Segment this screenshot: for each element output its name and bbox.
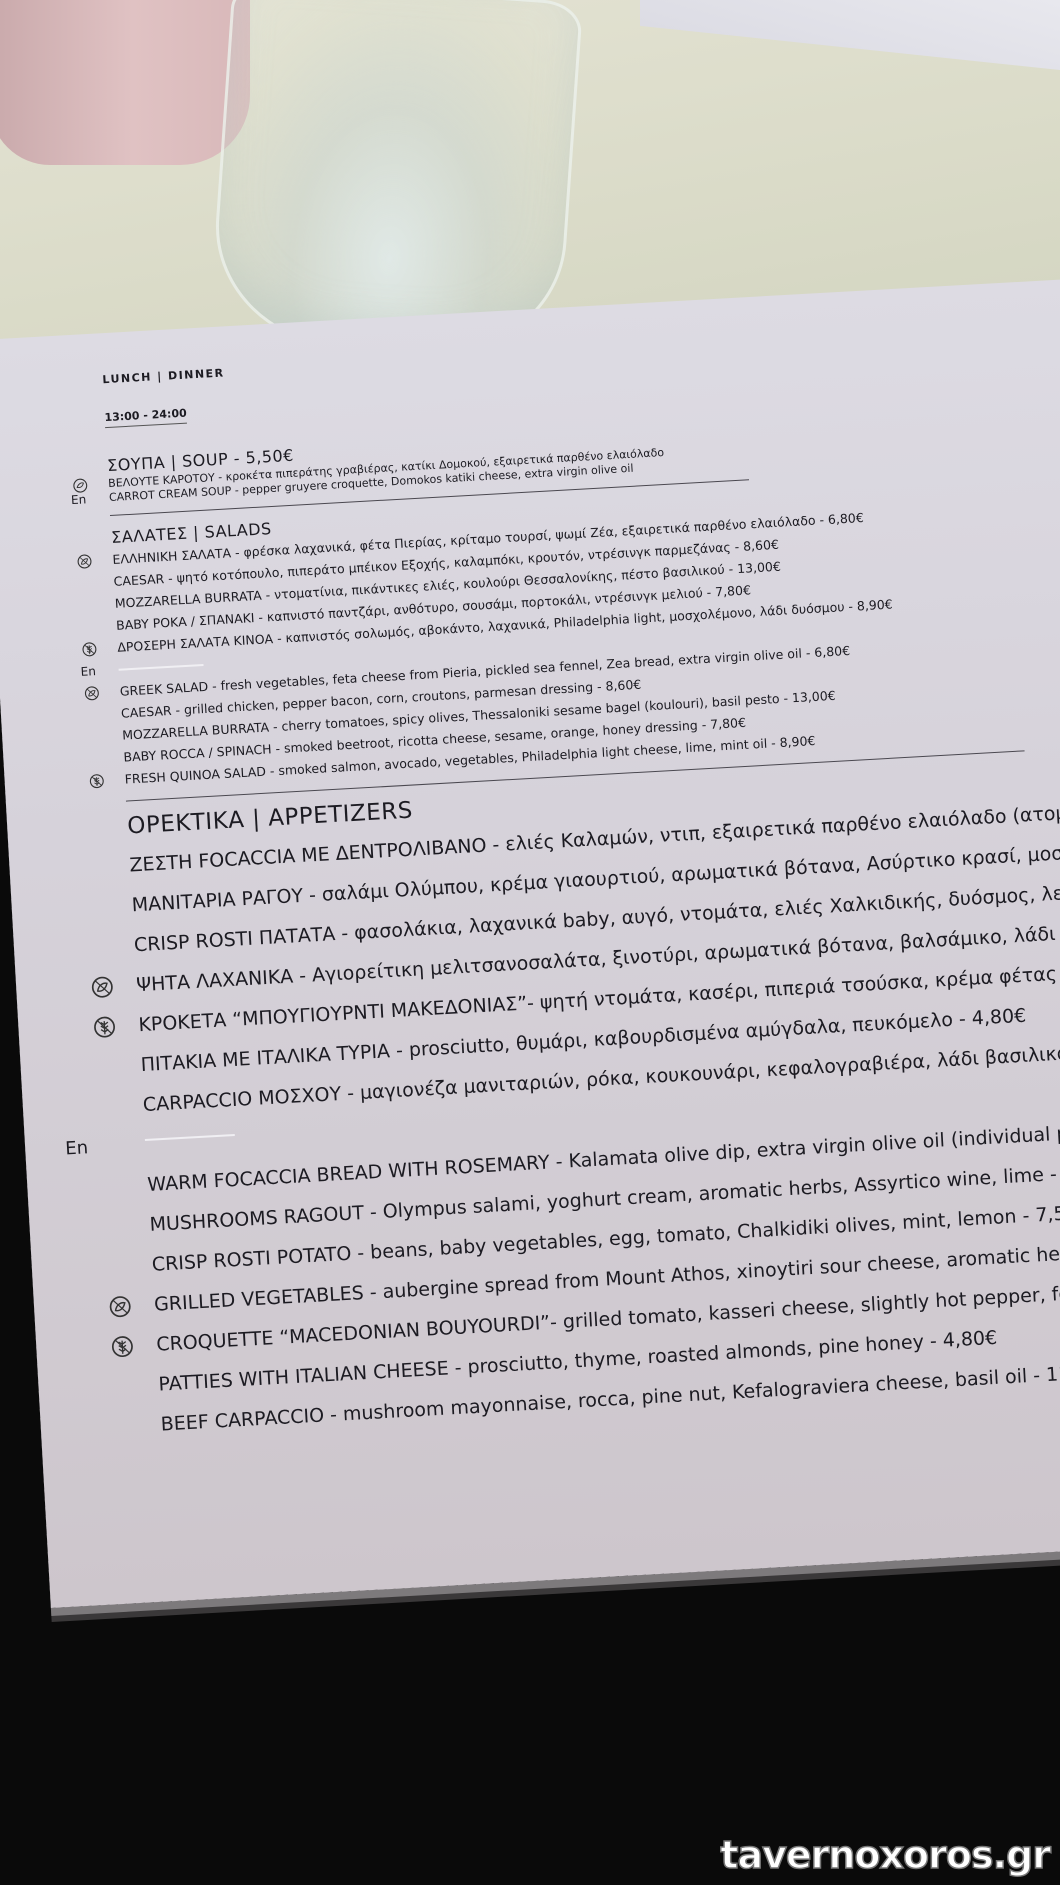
- service-label: LUNCH | DINNER: [102, 320, 1051, 386]
- vegetarian-icon: [83, 685, 100, 702]
- gluten-free-icon: [110, 1334, 135, 1359]
- gluten-free-icon: [92, 1014, 117, 1039]
- menu-page: LUNCH | DINNER 13:00 - 24:00 ΣΟΥΠΑ | SOU…: [0, 278, 1060, 1608]
- vegetarian-icon: [90, 975, 115, 1000]
- gluten-free-icon: [81, 641, 98, 658]
- appetizers-english-list: WARM FOCACCIA BREAD WITH ROSEMARY - Kala…: [146, 1112, 1060, 1445]
- divider: [119, 664, 204, 671]
- vegetarian-icon: [76, 553, 93, 570]
- watermark: tavernoxoros.gr: [720, 1833, 1050, 1877]
- gluten-free-icon: [88, 773, 105, 790]
- divider: [145, 1134, 235, 1141]
- pink-mug: [0, 0, 250, 165]
- english-label: En: [71, 492, 87, 507]
- vegetarian-icon: [108, 1294, 133, 1319]
- appetizers-greek-list: ΖΕΣΤΗ FOCACCIA ΜΕ ΔΕΝΤΡΟΛΙΒΑΝΟ - ελιές Κ…: [128, 792, 1060, 1125]
- service-hours: 13:00 - 24:00: [104, 407, 187, 429]
- english-label: En: [64, 1128, 89, 1169]
- english-label: En: [80, 660, 96, 683]
- paper-corner: [640, 0, 1060, 70]
- vegetarian-icon: [72, 477, 89, 494]
